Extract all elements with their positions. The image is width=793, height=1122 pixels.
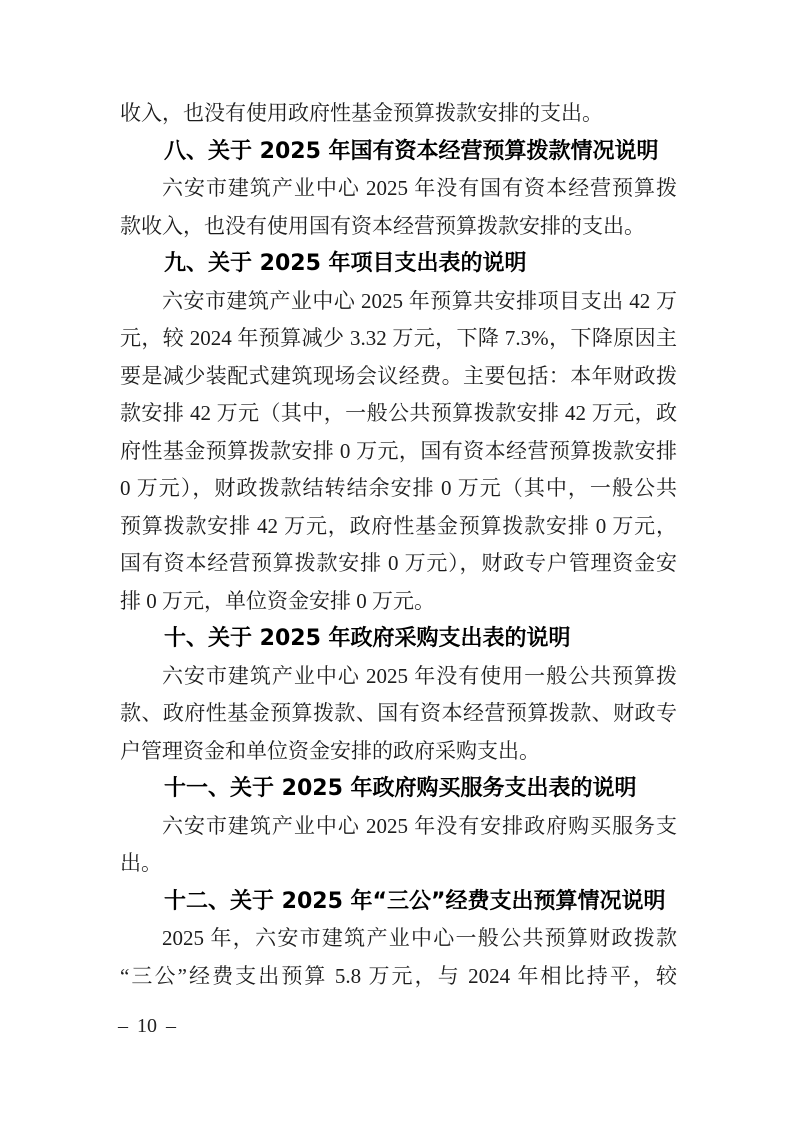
text-line: 2025 年，六安市建筑产业中心一般公共预算财政拨款 [120,920,677,958]
page-number: – 10 – [118,1012,176,1040]
text-line: 府性基金预算拨款安排 0 万元，国有资本经营预算拨款安排 [120,433,677,471]
text-line: 六安市建筑产业中心 2025 年预算共安排项目支出 42 万 [120,283,677,321]
section-heading: 八、关于 2025 年国有资本经营预算拨款情况说明 [120,133,677,171]
section-heading: 十一、关于 2025 年政府购买服务支出表的说明 [120,770,677,808]
text-line: 户管理资金和单位资金安排的政府采购支出。 [120,733,677,771]
text-line: 款、政府性基金预算拨款、国有资本经营预算拨款、财政专 [120,695,677,733]
text-line: 六安市建筑产业中心 2025 年没有国有资本经营预算拨 [120,170,677,208]
text-line: 要是减少装配式建筑现场会议经费。主要包括：本年财政拨 [120,358,677,396]
text-line: “三公”经费支出预算 5.8 万元，与 2024 年相比持平，较 [120,958,677,996]
document-body: 收入，也没有使用政府性基金预算拨款安排的支出。八、关于 2025 年国有资本经营… [120,95,677,995]
text-line: 元，较 2024 年预算减少 3.32 万元，下降 7.3%，下降原因主 [120,320,677,358]
text-line: 排 0 万元，单位资金安排 0 万元。 [120,583,677,621]
section-heading: 十二、关于 2025 年“三公”经费支出预算情况说明 [120,883,677,921]
text-line: 收入，也没有使用政府性基金预算拨款安排的支出。 [120,95,677,133]
section-heading: 十、关于 2025 年政府采购支出表的说明 [120,620,677,658]
document-page: 收入，也没有使用政府性基金预算拨款安排的支出。八、关于 2025 年国有资本经营… [0,0,793,1122]
text-line: 出。 [120,845,677,883]
text-line: 款安排 42 万元（其中，一般公共预算拨款安排 42 万元，政 [120,395,677,433]
text-line: 0 万元），财政拨款结转结余安排 0 万元（其中，一般公共 [120,470,677,508]
text-line: 国有资本经营预算拨款安排 0 万元），财政专户管理资金安 [120,545,677,583]
text-line: 六安市建筑产业中心 2025 年没有安排政府购买服务支 [120,808,677,846]
section-heading: 九、关于 2025 年项目支出表的说明 [120,245,677,283]
text-line: 款收入，也没有使用国有资本经营预算拨款安排的支出。 [120,208,677,246]
text-line: 预算拨款安排 42 万元，政府性基金预算拨款安排 0 万元， [120,508,677,546]
text-line: 六安市建筑产业中心 2025 年没有使用一般公共预算拨 [120,658,677,696]
